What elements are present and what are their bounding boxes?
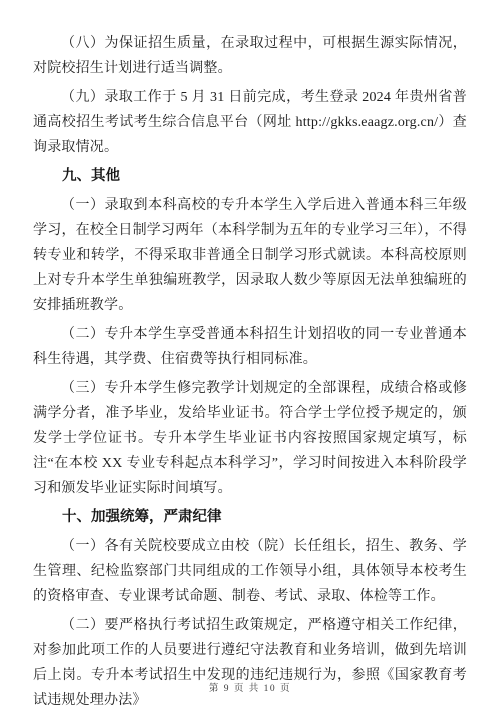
- paragraph-2-tuition-treatment: （二）专升本学生享受普通本科招生计划招收的同一专业普通本科生待遇，其学费、住宿费…: [33, 322, 467, 372]
- paragraph-3-graduation-certificate: （三）专升本学生修完教学计划规定的全部课程，成绩合格或修满学分者，准予毕业，发给…: [33, 376, 467, 501]
- paragraph-1-study-arrangement: （一）录取到本科高校的专升本学生入学后进入普通本科三年级学习，在校全日制学习两年…: [33, 193, 467, 318]
- section-heading-nine-others: 九、其他: [33, 164, 467, 189]
- document-body: （八）为保证招生质量，在录取过程中，可根据生源实际情况，对院校招生计划进行适当调…: [0, 0, 500, 707]
- paragraph-8-adjust-plan: （八）为保证招生质量，在录取过程中，可根据生源实际情况，对院校招生计划进行适当调…: [33, 31, 467, 81]
- section-heading-ten-discipline: 十、加强统筹，严肃纪律: [33, 505, 467, 530]
- paragraph-1-leading-group: （一）各有关院校要成立由校（院）长任组长，招生、教务、学生管理、纪检监察部门共同…: [33, 534, 467, 609]
- document-page: （八）为保证招生质量，在录取过程中，可根据生源实际情况，对院校招生计划进行适当调…: [0, 0, 500, 707]
- page-footer: 第 9 页 共 10 页: [0, 680, 500, 694]
- page-number-label: 第 9 页 共 10 页: [209, 684, 291, 694]
- paragraph-9-admission-query: （九）录取工作于 5 月 31 日前完成，考生登录 2024 年贵州省普通高校招…: [33, 85, 467, 160]
